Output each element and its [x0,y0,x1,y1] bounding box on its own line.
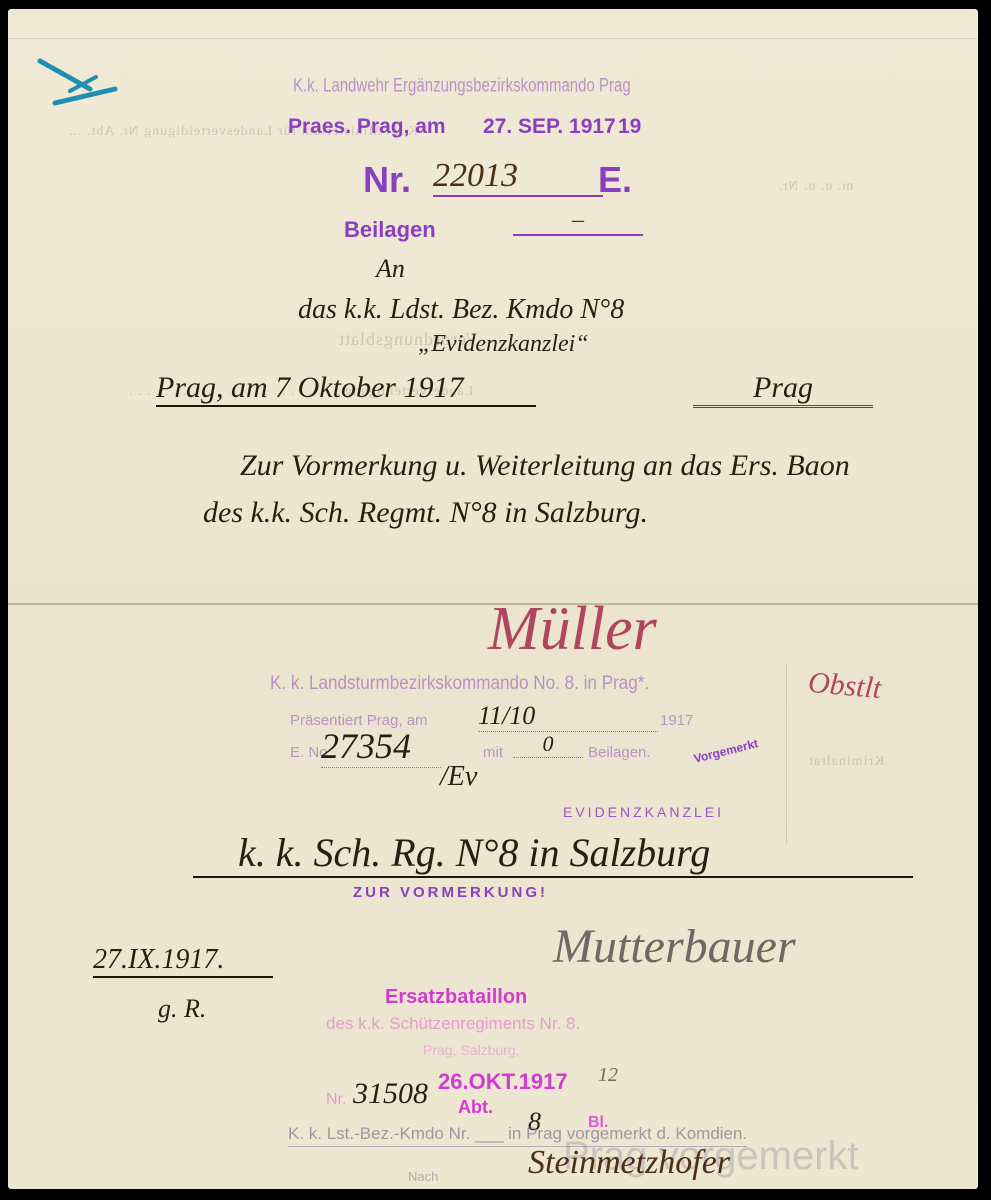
ersatzbataillon-stamp-regiment: des k.k. Schützenregiments Nr. 8. [326,1014,580,1034]
show-through-text: Kriminalrat [808,754,884,770]
landsturm-stamp-header: K. k. Landsturmbezirkskommando No. 8. in… [270,673,649,695]
landwehr-stamp-nr-label: Nr. [363,159,411,201]
faint-vertical-line [786,664,787,844]
document-page: K. k. Ministerium für Landesverteidigung… [8,9,978,1189]
landsturm-stamp-beilagen-label: Beilagen. [588,744,651,761]
landsturm-stamp-date: 11/10 [478,701,658,732]
ersatzbataillon-stamp-nr-label: Nr. [326,1091,346,1109]
kmdo-stamp-nach: Nach [408,1169,438,1184]
ersatzbataillon-stamp-date: 26.OKT.1917 [438,1069,568,1095]
signature-pencil: Mutterbauer [553,919,796,974]
landwehr-stamp-header: K.k. Landwehr Ergänzungsbezirkskommando … [293,74,631,96]
ersatzbataillon-stamp-location: Prag, Salzburg, [423,1042,520,1058]
place-date: Prag, am 7 Oktober 1917 [156,371,536,407]
address-regiment: k. k. Sch. Rg. N°8 in Salzburg [193,829,913,878]
signature-bottom: Steinmetzhofer [528,1144,730,1182]
landwehr-stamp-beilagen-value: – [513,207,643,236]
landwehr-stamp-beilagen-label: Beilagen [344,217,436,243]
ersatzbataillon-stamp-abt-label: Abt. [458,1097,493,1118]
landwehr-stamp-date: 27. SEP. 1917 [483,115,616,139]
landwehr-stamp-praes-label: Praes. Prag, am [288,115,446,139]
address-an: An [376,254,405,284]
stamp-evidenzkanzlei: EVIDENZKANZLEI [563,804,724,820]
top-rule [8,38,978,39]
address-recipient: das k.k. Ldst. Bez. Kmdo N°8 [298,294,624,326]
signature-red-ink: Müller [488,594,657,665]
body-line-1: Zur Vormerkung u. Weiterleitung an das E… [240,449,850,483]
landwehr-stamp-date-suffix: 19 [618,115,641,139]
landwehr-stamp-nr-value: 22013 [433,157,603,197]
registry-suffix-ev: /Ev [440,761,477,793]
show-through-text: m. u. u. Nr. [778,179,853,195]
landsturm-stamp-year: 1917 [660,712,693,729]
landsturm-stamp-mit-label: mit [483,744,503,761]
address-department: „Evidenzkanzlei“ [418,331,589,358]
ersatzbataillon-stamp-date-suffix: 12 [598,1064,618,1087]
blue-crayon-mark-icon [30,49,130,109]
body-line-2: des k.k. Sch. Regmt. N°8 in Salzburg. [203,496,648,530]
landsturm-stamp-en-value: 27354 [321,725,441,768]
destination-city: Prag [693,371,873,408]
signature-title-obstlt: Obstlt [807,666,883,706]
landwehr-stamp-nr-suffix: E. [598,159,632,201]
ersatzbataillon-stamp-nr-value: 31508 [353,1077,428,1111]
stamp-vorgemerkt: Vorgemerkt [692,736,759,766]
ersatzbataillon-stamp-header: Ersatzbataillon [385,986,527,1009]
left-initials: g. R. [158,994,206,1024]
left-date: 27.IX.1917. [93,944,273,978]
landsturm-stamp-mit-value: 0 [513,731,583,758]
stamp-zur-vormerkung: ZUR VORMERKUNG! [353,884,548,901]
